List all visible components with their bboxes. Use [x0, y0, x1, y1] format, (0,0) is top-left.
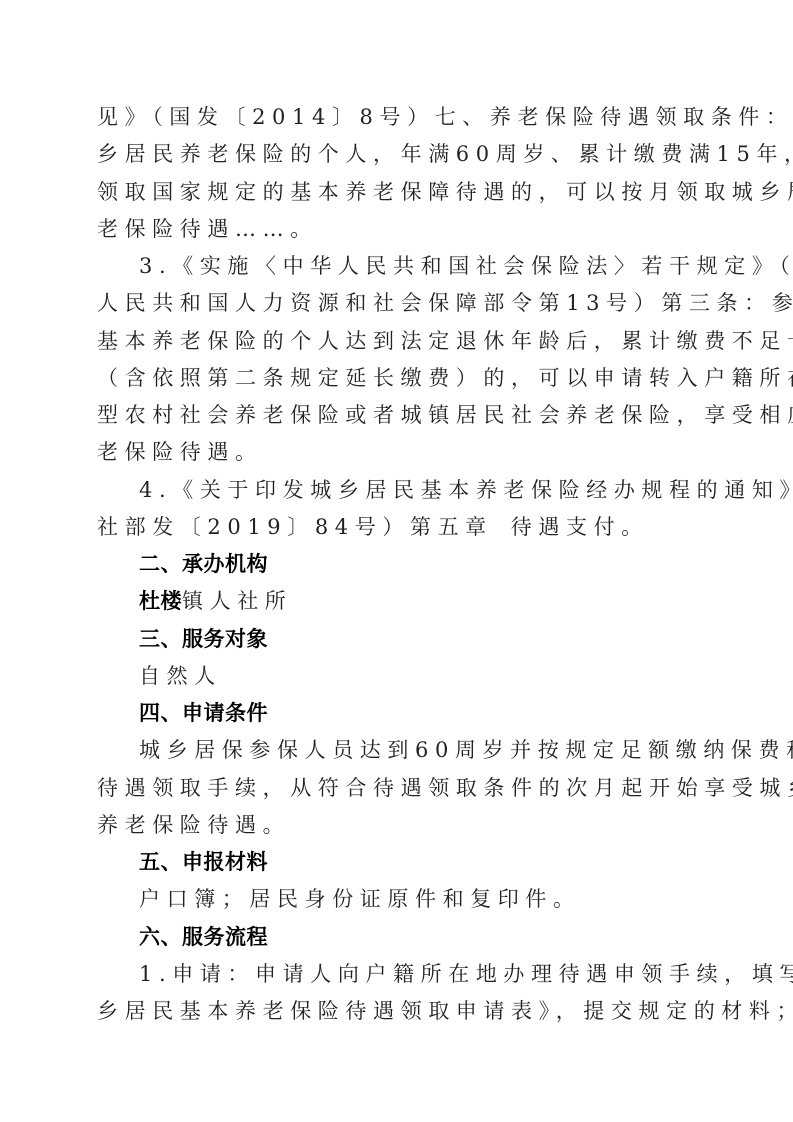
section-heading: 五、申报材料 — [97, 844, 697, 881]
text-line: （含依照第二条规定延长缴费）的，可以申请转入户籍所在地新 — [97, 360, 697, 397]
section-heading: 三、服务对象 — [97, 621, 697, 658]
section-heading: 六、服务流程 — [97, 919, 697, 956]
text-line: 人民共和国人力资源和社会保障部令第13号）第三条：参加职工 — [97, 285, 697, 322]
text-line: 乡居民养老保险的个人，年满60周岁、累计缴费满15年，且未 — [97, 136, 697, 173]
text-line: 老保险待遇。 — [97, 434, 697, 471]
section-service-target: 三、服务对象 自然人 — [97, 621, 697, 696]
section-required-materials: 五、申报材料 户口簿；居民身份证原件和复印件。 — [97, 844, 697, 919]
legal-reference-3: 3.《实施〈中华人民共和国社会保险法〉若干规定》（中华 人民共和国人力资源和社会… — [97, 248, 697, 472]
agency-office-name: 镇人社所 — [182, 589, 292, 613]
section-body: 杜楼镇人社所 — [97, 583, 697, 620]
text-line: 3.《实施〈中华人民共和国社会保险法〉若干规定》（中华 — [97, 248, 697, 285]
text-line: 养老保险待遇。 — [97, 807, 697, 844]
agency-town-name: 杜楼 — [139, 589, 182, 613]
text-line: 城乡居保参保人员达到60周岁并按规定足额缴纳保费和办理 — [97, 732, 697, 769]
text-line: 基本养老保险的个人达到法定退休年龄后，累计缴费不足十五年 — [97, 323, 697, 360]
text-run: 社部发〔2019〕84号）第五章 — [97, 515, 493, 539]
section-body: 户口簿；居民身份证原件和复印件。 — [97, 881, 697, 918]
section-heading: 二、承办机构 — [97, 546, 697, 583]
text-line: 1.申请：申请人向户籍所在地办理待遇申领手续，填写《城 — [97, 956, 697, 993]
section-heading: 四、申请条件 — [97, 695, 697, 732]
text-line: 领取国家规定的基本养老保障待遇的，可以按月领取城乡居民养 — [97, 174, 697, 211]
text-line: 见》（国发〔2014〕8号）七、养老保险待遇领取条件：参加城 — [97, 99, 697, 136]
text-line: 乡居民基本养老保险待遇领取申请表》，提交规定的材料； — [97, 993, 697, 1030]
legal-reference-2-continuation: 见》（国发〔2014〕8号）七、养老保险待遇领取条件：参加城 乡居民养老保险的个… — [97, 99, 697, 248]
text-line: 社部发〔2019〕84号）第五章待遇支付。 — [97, 509, 697, 546]
section-application-conditions: 四、申请条件 城乡居保参保人员达到60周岁并按规定足额缴纳保费和办理 待遇领取手… — [97, 695, 697, 844]
text-line: 老保险待遇……。 — [97, 211, 697, 248]
text-run: 待遇支付。 — [511, 515, 649, 539]
section-body: 自然人 — [97, 658, 697, 695]
legal-reference-4: 4.《关于印发城乡居民基本养老保险经办规程的通知》（人 社部发〔2019〕84号… — [97, 472, 697, 547]
text-line: 待遇领取手续，从符合待遇领取条件的次月起开始享受城乡居民 — [97, 770, 697, 807]
section-service-process: 六、服务流程 1.申请：申请人向户籍所在地办理待遇申领手续，填写《城 乡居民基本… — [97, 919, 697, 1031]
section-handling-agency: 二、承办机构 杜楼镇人社所 — [97, 546, 697, 621]
text-line: 4.《关于印发城乡居民基本养老保险经办规程的通知》（人 — [97, 472, 697, 509]
text-line: 型农村社会养老保险或者城镇居民社会养老保险，享受相应的养 — [97, 397, 697, 434]
document-page: 见》（国发〔2014〕8号）七、养老保险待遇领取条件：参加城 乡居民养老保险的个… — [97, 99, 697, 1030]
